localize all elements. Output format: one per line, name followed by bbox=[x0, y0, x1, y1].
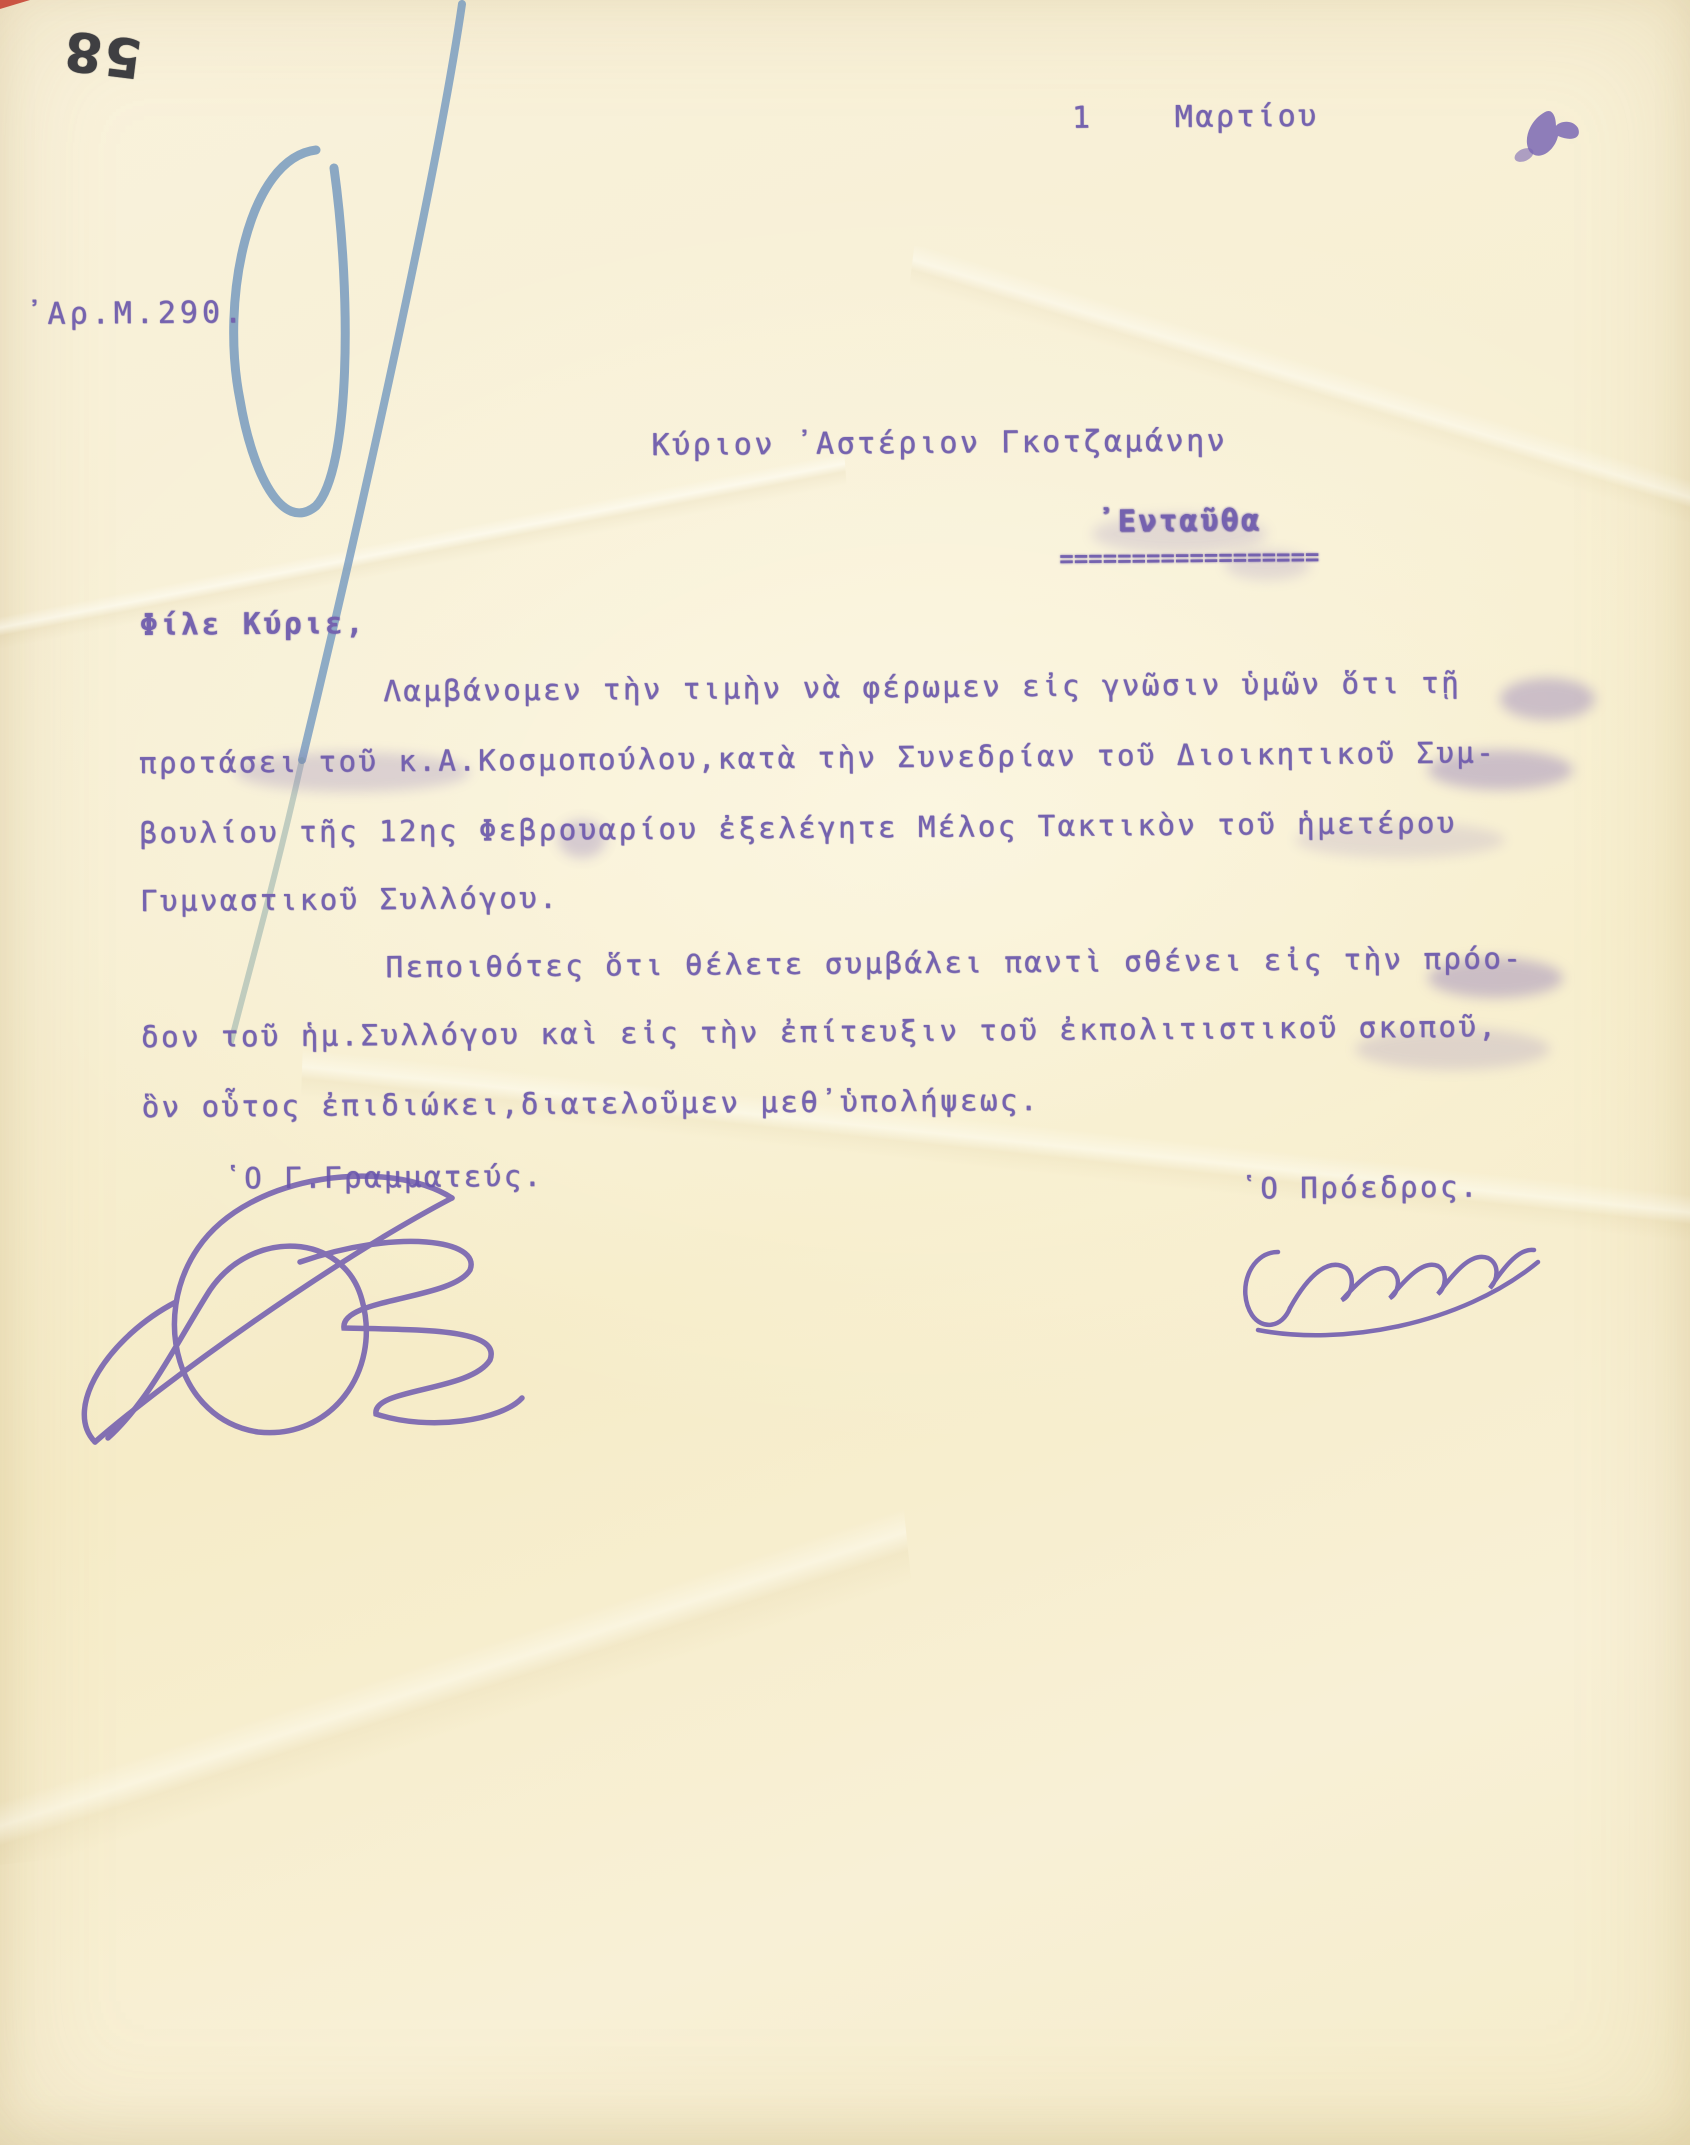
typewritten-content: 1 Μαρτίου ᾿Αρ.Μ.290. Κύριον ᾿Αστέριον Γκ… bbox=[0, 0, 1690, 2145]
body-line: ὃν οὗτος ἐπιδιώκει,διατελοῦμεν μεθ᾿ὑπολή… bbox=[141, 1083, 1039, 1124]
recipient-line: Κύριον ᾿Αστέριον Γκοτζαμάνην bbox=[651, 423, 1227, 463]
body-line: προτάσει τοῦ κ.Α.Κοσμοπούλου,κατὰ τὴν Συ… bbox=[139, 735, 1496, 780]
letter-scan-page: 58 1 Μαρτίου ᾿Αρ.Μ.290. Κύριον ᾿Αστέριον… bbox=[0, 0, 1690, 2145]
body-line: Πεποιθότες ὅτι θέλετε συμβάλει παντὶ σθέ… bbox=[385, 941, 1523, 984]
reference-number: ᾿Αρ.Μ.290. bbox=[25, 295, 246, 332]
president-title: ῾Ο Πρόεδρος. bbox=[1240, 1169, 1480, 1205]
secretary-title: ῾Ο Γ.Γραμματεύς. bbox=[224, 1159, 544, 1196]
date-line: 1 Μαρτίου bbox=[1072, 99, 1319, 136]
place-underline: ================== bbox=[1059, 543, 1319, 573]
body-line: δον τοῦ ἡμ.Συλλόγου καὶ εἰς τὴν ἐπίτευξι… bbox=[141, 1009, 1498, 1054]
body-line: Γυμναστικοῦ Συλλόγου. bbox=[140, 881, 559, 918]
salutation: Φίλε Κύριε, bbox=[140, 606, 366, 643]
place-line: ᾿Ενταῦθα bbox=[1097, 503, 1262, 539]
body-line: βουλίου τῆς 12ης Φεβρουαρίου ἐξελέγητε Μ… bbox=[139, 806, 1457, 850]
body-line: Λαμβάνομεν τὴν τιμὴν νὰ φέρωμεν εἰς γνῶσ… bbox=[383, 666, 1461, 708]
